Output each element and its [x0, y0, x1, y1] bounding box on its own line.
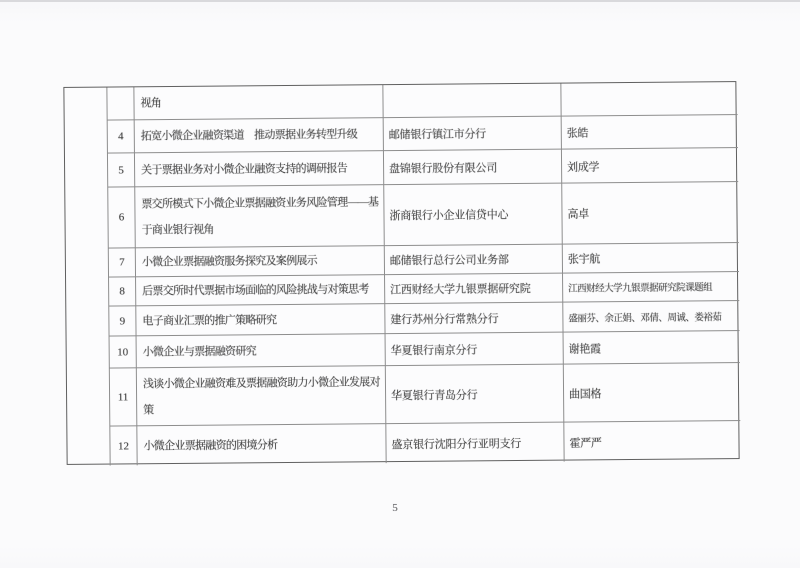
row-number-cell: 9 — [109, 306, 136, 336]
organization-cell: 邮储银行镇江市分行 — [384, 117, 562, 152]
title-cell: 后票交所时代票据市场面临的风险挑战与对策思考 — [136, 275, 385, 306]
paper-list-table: 视角 4 拓宽小微企业融资渠道 推动票据业务转型升级 邮储银行镇江市分行 张皓 … — [63, 81, 739, 465]
scan-top-edge — [0, 0, 800, 2]
authors-cell: 张皓 — [562, 115, 738, 150]
authors-cell: 张宇航 — [563, 243, 739, 274]
row-number-cell: 11 — [110, 368, 138, 426]
organization-cell: 华夏银行南京分行 — [386, 333, 564, 367]
row-number-cell — [107, 87, 134, 120]
authors-cell: 江西财经大学九银票据研究院课题组 — [563, 272, 739, 303]
title-cell: 视角 — [134, 85, 383, 120]
title-cell: 小微企业票据融资服务探究及案例展示 — [136, 246, 385, 277]
row-number-cell: 5 — [108, 153, 135, 187]
authors-cell: 刘成学 — [562, 148, 738, 184]
row-number-cell: 7 — [109, 248, 136, 277]
left-empty-column-cell — [64, 88, 110, 466]
authors-cell: 谢艳霞 — [564, 331, 740, 365]
title-cell: 关于票据业务对小微企业融资支持的调研报告 — [135, 151, 384, 187]
row-number-cell: 10 — [110, 336, 137, 368]
authors-cell: 曲国格 — [564, 363, 740, 423]
scanned-document-page: 视角 4 拓宽小微企业融资渠道 推动票据业务转型升级 邮储银行镇江市分行 张皓 … — [0, 0, 800, 568]
organization-cell: 盘锦银行股份有限公司 — [384, 150, 562, 186]
authors-cell — [561, 82, 737, 117]
organization-cell: 华夏银行青岛分行 — [386, 365, 564, 425]
title-cell: 浅谈小微企业融资难及票据融资助力小微企业发展对策 — [137, 366, 386, 426]
title-cell: 小微企业与票据融资研究 — [137, 334, 386, 368]
title-cell: 电子商业汇票的推广策略研究 — [136, 304, 385, 336]
row-number-cell: 6 — [108, 187, 136, 248]
title-cell: 小微企业票据融资的困境分析 — [137, 424, 386, 465]
row-number-cell: 12 — [110, 426, 137, 465]
title-cell: 票交所模式下小微企业票据融资业务风险管理——基于商业银行视角 — [135, 185, 385, 248]
organization-cell: 建行苏州分行常熟分行 — [385, 303, 563, 335]
authors-cell: 霍严严 — [564, 421, 740, 462]
organization-cell: 浙商银行小企业信贷中心 — [384, 184, 563, 247]
row-number-cell: 4 — [108, 120, 135, 153]
organization-cell — [383, 84, 561, 119]
authors-cell: 高卓 — [562, 182, 739, 245]
organization-cell: 邮储银行总行公司业务部 — [385, 245, 563, 276]
row-number-cell: 8 — [109, 277, 136, 306]
page-number: 5 — [388, 502, 402, 514]
organization-cell: 江西财经大学九银票据研究院 — [385, 274, 563, 305]
organization-cell: 盛京银行沈阳分行亚明支行 — [386, 423, 564, 464]
title-cell: 拓宽小微企业融资渠道 推动票据业务转型升级 — [135, 118, 384, 153]
authors-cell: 盛丽芬、余正娟、邓倩、周诚、娄裕茹 — [563, 301, 739, 333]
